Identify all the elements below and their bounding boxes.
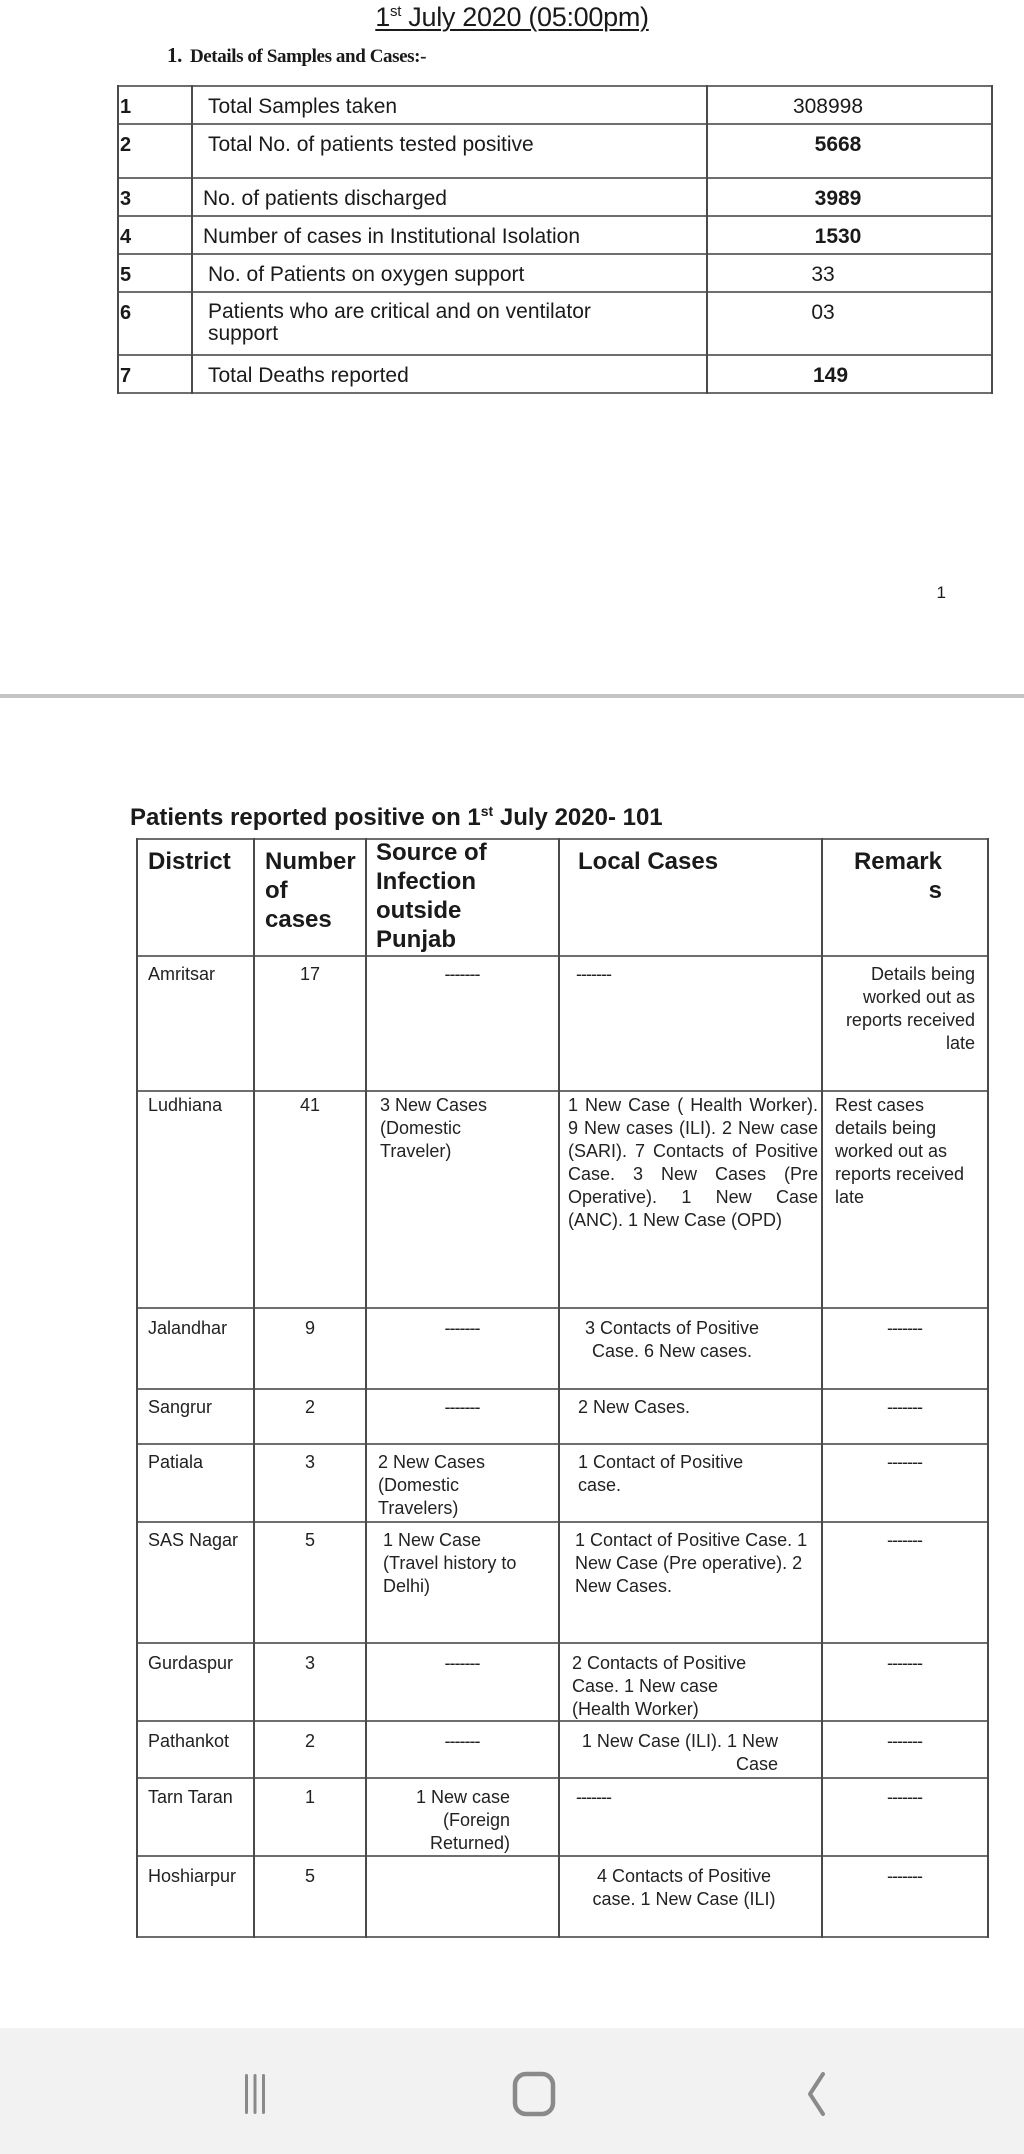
header-source: Source of Infection outside Punjab (376, 838, 526, 954)
table-border (191, 85, 193, 394)
header-number-of-cases: Number of cases (265, 847, 361, 934)
title-rest: July 2020- 101 (493, 804, 662, 831)
table-border (365, 838, 367, 1938)
local-cases: 1 New Case ( Health Worker). 9 New cases… (568, 1094, 818, 1232)
local-cases: 4 Contacts of Positive case. 1 New Case … (574, 1865, 794, 1911)
table-border (117, 253, 993, 255)
table-border (117, 177, 993, 179)
home-icon (510, 2070, 558, 2118)
source: 1 New Case (Travel history to Delhi) (383, 1529, 533, 1598)
table-border (136, 838, 138, 1938)
row-label: Total No. of patients tested positive (208, 133, 534, 157)
title-rest: July 2020 (05:00pm) (401, 2, 649, 32)
row-index: 3 (120, 187, 131, 211)
row-index: 6 (120, 301, 131, 325)
local-cases: 2 New Cases. (578, 1396, 690, 1419)
header-remarks: Remarks (842, 847, 942, 905)
table-border (136, 1777, 988, 1779)
table-border (136, 1307, 988, 1309)
recent-apps-button[interactable] (225, 2066, 285, 2122)
case-count: 2 (254, 1396, 366, 1419)
remarks: ------- (822, 1529, 987, 1552)
case-count: 5 (254, 1865, 366, 1888)
local-cases: ------- (576, 1786, 611, 1809)
case-count: 9 (254, 1317, 366, 1340)
row-value: 3989 (708, 187, 968, 211)
table-border (136, 1720, 988, 1722)
table-border (987, 838, 989, 1938)
local-cases: 1 Contact of Positive case. (578, 1451, 778, 1497)
district-name: Patiala (148, 1451, 203, 1474)
table-border (136, 838, 988, 840)
source: ------- (366, 1396, 558, 1419)
source: 2 New Cases (Domestic Travelers) (378, 1451, 538, 1520)
district-name: SAS Nagar (148, 1529, 238, 1552)
section-title: Details of Samples and Cases:- (190, 46, 426, 67)
table-border (558, 838, 560, 1938)
row-label: Patients who are critical and on ventila… (208, 301, 648, 345)
case-count: 17 (254, 963, 366, 986)
header-district: District (148, 847, 248, 876)
row-value: 308998 (708, 95, 948, 119)
district-name: Gurdaspur (148, 1652, 233, 1675)
case-count: 3 (254, 1451, 366, 1474)
row-label: No. of patients discharged (203, 187, 447, 211)
source: 3 New Cases (Domestic Traveler) (380, 1094, 528, 1163)
table-border (136, 1855, 988, 1857)
row-index: 7 (120, 364, 131, 388)
title-suffix: st (481, 803, 493, 819)
district-name: Tarn Taran (148, 1786, 233, 1809)
back-icon (796, 2070, 836, 2118)
case-count: 5 (254, 1529, 366, 1552)
section-number: 1. (167, 43, 182, 67)
local-cases: 3 Contacts of Positive Case. 6 New cases… (572, 1317, 772, 1363)
local-cases: 2 Contacts of Positive Case. 1 New case … (572, 1652, 772, 1721)
table-border (136, 1936, 988, 1938)
row-value: 03 (708, 301, 938, 325)
recent-apps-icon (235, 2072, 275, 2116)
case-count: 41 (254, 1094, 366, 1117)
row-label: Number of cases in Institutional Isolati… (203, 225, 580, 249)
row-index: 5 (120, 263, 131, 287)
title-day: 1 (375, 2, 390, 32)
table-border (821, 838, 823, 1938)
table-border (117, 354, 993, 356)
row-label: No. of Patients on oxygen support (208, 263, 524, 287)
table-border (136, 1642, 988, 1644)
table-border (136, 1388, 988, 1390)
remarks: ------- (822, 1451, 987, 1474)
table-border (117, 85, 993, 87)
remarks: Rest cases details being worked out as r… (835, 1094, 970, 1209)
local-cases: 1 Contact of Positive Case. 1 New Case (… (575, 1529, 815, 1598)
table-border (117, 85, 119, 394)
row-label: Total Deaths reported (208, 364, 409, 388)
table-border (253, 838, 255, 1938)
remarks: Details being worked out as reports rece… (840, 963, 975, 1055)
row-index: 4 (120, 225, 131, 249)
row-index: 2 (120, 133, 131, 157)
district-name: Sangrur (148, 1396, 212, 1419)
table-border (117, 291, 993, 293)
table-border (136, 955, 988, 957)
row-value: 33 (708, 263, 938, 287)
source: ------- (366, 1317, 558, 1340)
table-border (136, 1521, 988, 1523)
row-value: 5668 (708, 133, 968, 157)
case-count: 3 (254, 1652, 366, 1675)
row-label: Total Samples taken (208, 95, 397, 119)
page-separator (0, 694, 1024, 698)
table-border (117, 392, 993, 394)
table-border (117, 215, 993, 217)
local-cases: ------- (576, 963, 611, 986)
remarks: ------- (822, 1317, 987, 1340)
row-value: 149 (708, 364, 953, 388)
district-name: Amritsar (148, 963, 215, 986)
table-border (991, 85, 993, 394)
district-name: Pathankot (148, 1730, 229, 1753)
source: 1 New case (Foreign Returned) (380, 1786, 510, 1855)
district-table-title: Patients reported positive on 1st July 2… (130, 803, 663, 832)
section-heading: 1.Details of Samples and Cases:- (167, 43, 426, 68)
remarks: ------- (822, 1396, 987, 1419)
back-button[interactable] (786, 2066, 846, 2122)
case-count: 1 (254, 1786, 366, 1809)
title-suffix: st (390, 3, 401, 20)
remarks: ------- (822, 1865, 987, 1888)
row-value: 1530 (708, 225, 968, 249)
district-name: Hoshiarpur (148, 1865, 236, 1888)
table-border (117, 123, 993, 125)
row-index: 1 (120, 95, 131, 119)
district-name: Jalandhar (148, 1317, 227, 1340)
title-prefix: Patients reported positive on 1 (130, 804, 481, 831)
local-cases: 1 New Case (ILI). 1 New Case (578, 1730, 778, 1776)
page-number: 1 (937, 583, 946, 603)
district-name: Ludhiana (148, 1094, 222, 1117)
table-border (136, 1443, 988, 1445)
home-button[interactable] (504, 2066, 564, 2122)
remarks: ------- (822, 1730, 987, 1753)
source: ------- (366, 963, 558, 986)
document-title: 1st July 2020 (05:00pm) (0, 2, 1024, 33)
case-count: 2 (254, 1730, 366, 1753)
remarks: ------- (822, 1786, 987, 1809)
source: ------- (366, 1652, 558, 1675)
remarks: ------- (822, 1652, 987, 1675)
table-border (136, 1090, 988, 1092)
header-local-cases: Local Cases (578, 847, 718, 876)
source: ------- (366, 1730, 558, 1753)
